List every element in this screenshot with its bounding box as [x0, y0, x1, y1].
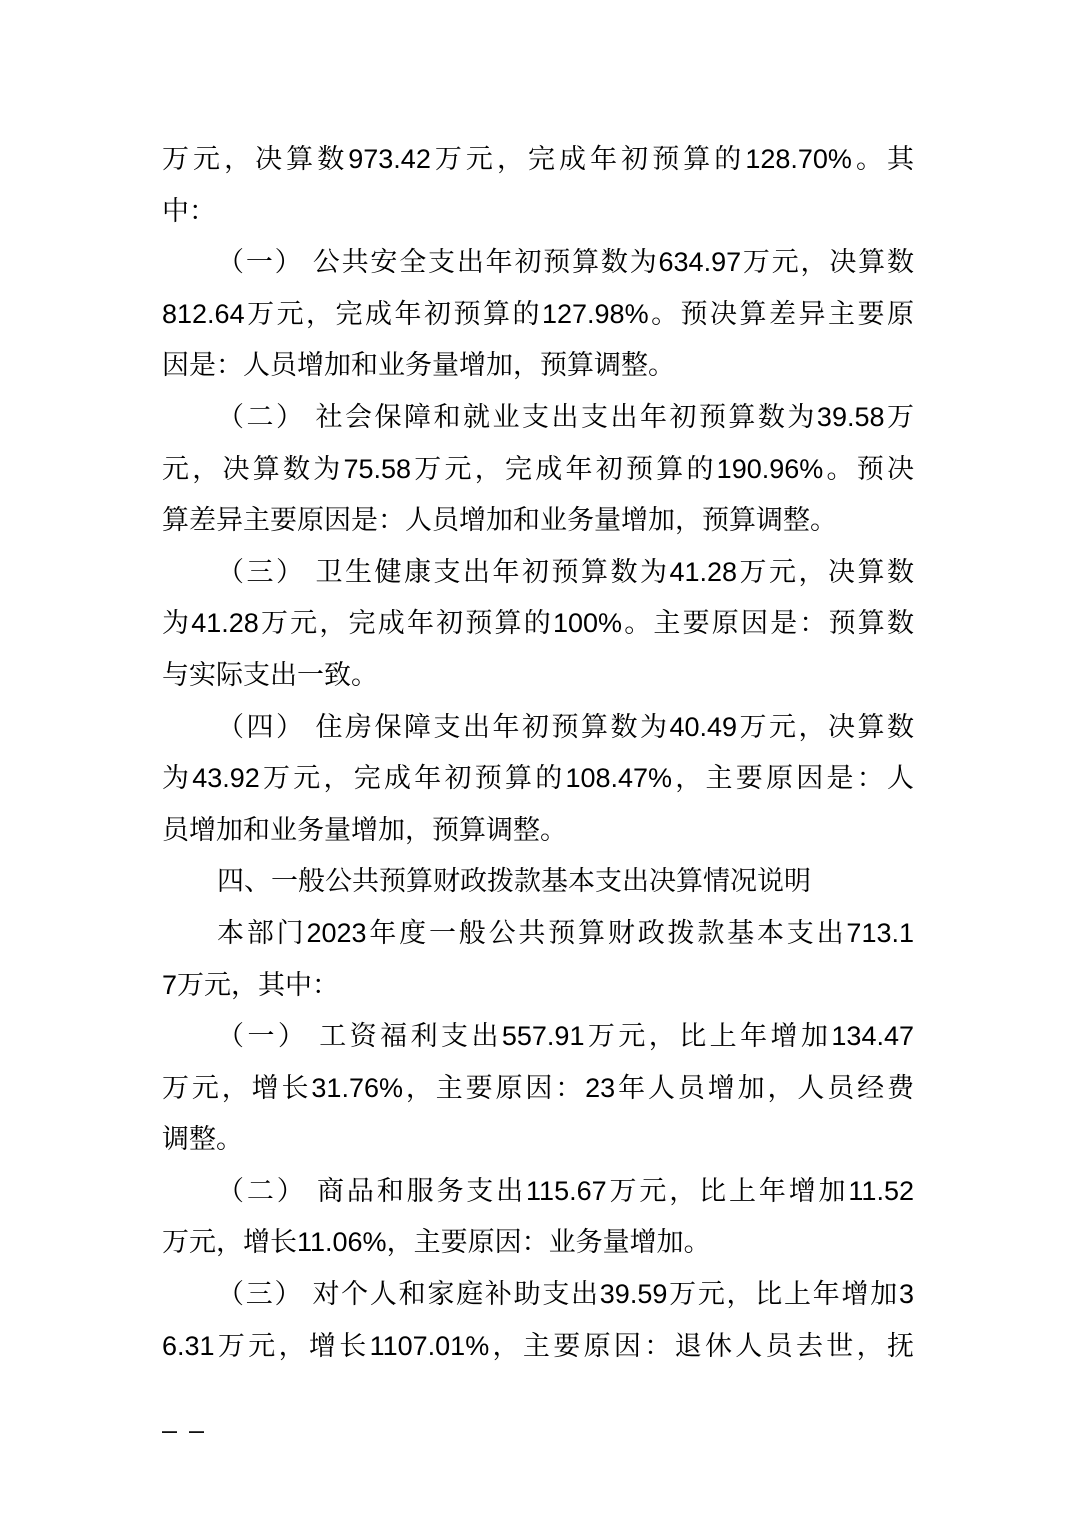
text-line: 万元，决算数973.42万元，完成年初预算的128.70%。其	[162, 134, 914, 186]
text-line: （三） 对个人和家庭补助支出39.59万元，比上年增加3	[162, 1269, 914, 1321]
text-line: 四、一般公共预算财政拨款基本支出决算情况说明	[162, 856, 914, 908]
text-line: 元，决算数为75.58万元，完成年初预算的190.96%。预决	[162, 444, 914, 496]
text-line: 员增加和业务量增加，预算调整。	[162, 805, 914, 857]
text-line: 812.64万元，完成年初预算的127.98%。预决算差异主要原	[162, 289, 914, 341]
text-line: 万元，增长31.76%，主要原因：23年人员增加，人员经费	[162, 1063, 914, 1115]
document-body: 万元，决算数973.42万元，完成年初预算的128.70%。其中：（一） 公共安…	[162, 134, 914, 1372]
text-line: 6.31万元，增长1107.01%，主要原因：退休人员去世，抚	[162, 1321, 914, 1373]
text-line: 算差异主要原因是：人员增加和业务量增加，预算调整。	[162, 495, 914, 547]
text-line: 本部门2023年度一般公共预算财政拨款基本支出713.1	[162, 908, 914, 960]
text-line: （三） 卫生健康支出年初预算数为41.28万元，决算数	[162, 547, 914, 599]
text-line: （四） 住房保障支出年初预算数为40.49万元，决算数	[162, 702, 914, 754]
text-line: 万元，增长11.06%，主要原因：业务量增加。	[162, 1217, 914, 1269]
text-line: 调整。	[162, 1114, 914, 1166]
text-line: 因是：人员增加和业务量增加，预算调整。	[162, 340, 914, 392]
text-line: 与实际支出一致。	[162, 650, 914, 702]
text-line: 中：	[162, 186, 914, 238]
text-line: （一） 工资福利支出557.91万元，比上年增加134.47	[162, 1011, 914, 1063]
text-line: （二） 社会保障和就业支出支出年初预算数为39.58万	[162, 392, 914, 444]
text-line: 为41.28万元，完成年初预算的100%。主要原因是：预算数	[162, 598, 914, 650]
text-line: （一） 公共安全支出年初预算数为634.97万元，决算数	[162, 237, 914, 289]
text-line: （二） 商品和服务支出115.67万元，比上年增加11.52	[162, 1166, 914, 1218]
text-line: 为43.92万元，完成年初预算的108.47%，主要原因是：人	[162, 753, 914, 805]
text-line: 7万元，其中：	[162, 960, 914, 1012]
footer-dash: –	[189, 1412, 204, 1448]
footer-dash: –	[162, 1412, 177, 1448]
document-page: 万元，决算数973.42万元，完成年初预算的128.70%。其中：（一） 公共安…	[0, 0, 1074, 1520]
page-footer: ––	[162, 1412, 204, 1448]
